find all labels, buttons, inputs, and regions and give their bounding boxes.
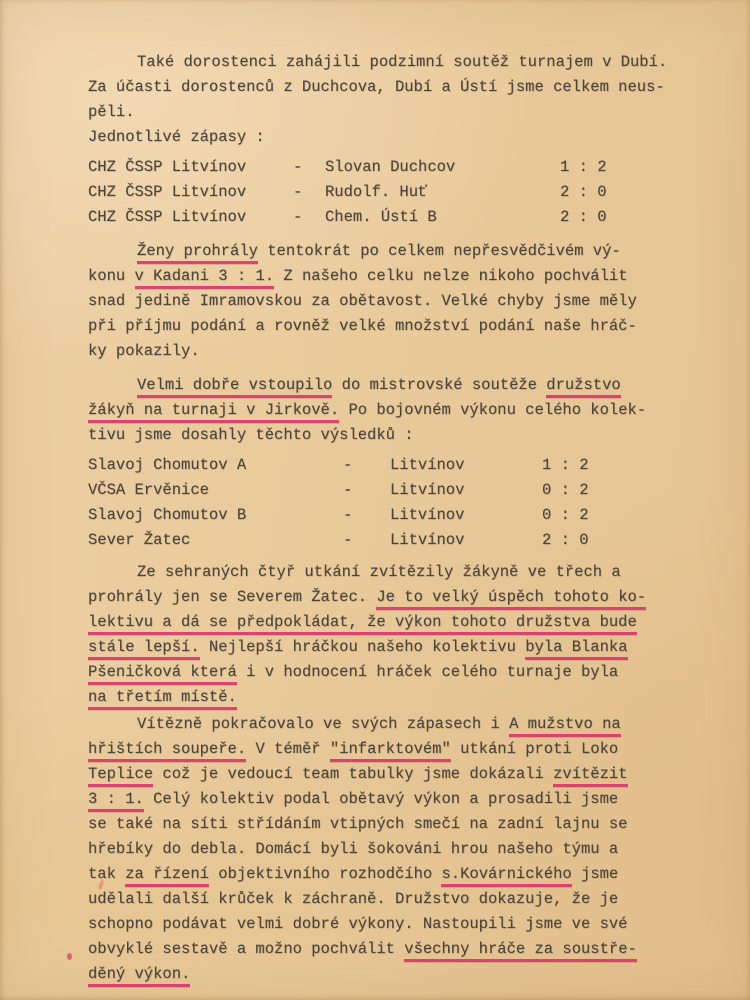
away-team: Rudolf. Huť — [325, 180, 560, 205]
text-segment: hřebíky do debla. Domácí byli šokováni h… — [88, 840, 618, 858]
away-team: Slovan Duchcov — [325, 155, 560, 180]
text-segment: Za účasti dorostenců z Duchcova, Dubí a … — [88, 78, 665, 96]
match-result-row: CHZ ČSSP Litvínov-Rudolf. Huť2 : 0 — [88, 180, 710, 205]
underlined-text: Ženy prohrály — [137, 242, 258, 264]
text-segment: se také na síti střídáním vtipných smečí… — [88, 815, 628, 833]
text-line: Vítězně pokračovalo ve svých zápasech i … — [88, 712, 710, 737]
underlined-text: lektivu a dá se předpokládat, že výkon t… — [88, 613, 637, 635]
text-line: konu v Kadani 3 : 1. Z našeho celku nelz… — [88, 264, 710, 289]
match-result-row: VČSA Ervěnice-Litvínov0 : 2 — [88, 478, 710, 503]
text-line: snad jedině Imramovskou za obětavost. Ve… — [88, 289, 710, 314]
text-segment: objektivního rozhodčího — [209, 865, 442, 883]
text-segment: V téměř — [246, 740, 330, 758]
underlined-text: 3 : 1. — [88, 790, 144, 812]
results-table-zakyne: Slavoj Chomutov A-Litvínov1 : 2VČSA Ervě… — [88, 453, 710, 553]
separator-dash: - — [293, 180, 325, 205]
text-segment: obvyklé sestavě a možno pochválit — [88, 940, 404, 958]
match-score: 2 : 0 — [542, 528, 710, 553]
text-segment: do mistrovské soutěže — [332, 376, 546, 394]
home-team: Slavoj Chomutov B — [88, 503, 343, 528]
underlined-text: "infarktovém" — [330, 740, 451, 762]
text-line: se také na síti střídáním vtipných smečí… — [88, 812, 710, 837]
text-line: Jednotlivé zápasy : — [88, 125, 710, 150]
text-line: lektivu a dá se předpokládat, že výkon t… — [88, 610, 710, 635]
text-segment: schopno podávat velmi dobré výkony. Nast… — [88, 915, 628, 933]
text-segment: což je vedoucí team tabulky jsme dokázal… — [153, 765, 553, 783]
text-line: udělali další krůček k záchraně. Družstv… — [88, 887, 710, 912]
text-segment: Ze sehraných čtyř utkání zvítězily žákyn… — [137, 563, 621, 581]
match-result-row: Slavoj Chomutov B-Litvínov0 : 2 — [88, 503, 710, 528]
text-line: na třetím místě. — [88, 685, 710, 710]
text-line: žákyň na turnaji v Jirkově. Po bojovném … — [88, 398, 710, 423]
text-segment: jsme — [572, 865, 619, 883]
text-line: Za účasti dorostenců z Duchcova, Dubí a … — [88, 75, 710, 100]
underlined-text: žákyň na turnaji v Jirkově. — [88, 401, 339, 423]
underlined-text: zvítězit — [553, 765, 627, 787]
text-line: Teplice což je vedoucí team tabulky jsme… — [88, 762, 710, 787]
text-line: ky pokazily. — [88, 339, 710, 364]
away-team: Litvínov — [390, 453, 542, 478]
match-score: 1 : 2 — [560, 155, 710, 180]
text-line: obvyklé sestavě a možno pochválit všechn… — [88, 937, 710, 962]
underlined-text: Pšeničková která — [88, 663, 237, 685]
underlined-text: s.Kovárnického — [441, 865, 571, 887]
document-body: Také dorostenci zahájili podzimní soutěž… — [0, 0, 750, 987]
match-result-row: CHZ ČSSP Litvínov-Slovan Duchcov1 : 2 — [88, 155, 710, 180]
match-score: 0 : 2 — [542, 478, 710, 503]
underlined-text: Velmi dobře vstoupilo — [137, 376, 332, 398]
home-team: Sever Žatec — [88, 528, 343, 553]
text-segment: Celý kolektiv podal obětavý výkon a pros… — [144, 790, 618, 808]
separator-dash: - — [343, 528, 390, 553]
red-ink-speck — [67, 953, 72, 960]
match-result-row: CHZ ČSSP Litvínov-Chem. Ústí B2 : 0 — [88, 205, 710, 230]
text-line: hřebíky do debla. Domácí byli šokováni h… — [88, 837, 710, 862]
text-segment: i v hodnocení hráček celého turnaje byla — [237, 663, 618, 681]
underlined-text: A mužstvo na — [509, 715, 621, 737]
home-team: CHZ ČSSP Litvínov — [88, 205, 293, 230]
match-result-row: Slavoj Chomutov A-Litvínov1 : 2 — [88, 453, 710, 478]
underlined-text: byla Blanka — [525, 638, 627, 660]
match-result-row: Sever Žatec-Litvínov2 : 0 — [88, 528, 710, 553]
underlined-text: Teplice — [88, 765, 153, 787]
text-segment: ky pokazily. — [88, 342, 200, 360]
text-line: Ze sehraných čtyř utkání zvítězily žákyn… — [88, 560, 710, 585]
text-line: tivu jsme dosahly těchto výsledků : — [88, 423, 710, 448]
text-segment: Vítězně pokračovalo ve svých zápasech i — [137, 715, 509, 733]
text-segment: Z našeho celku nelze nikoho pochválit — [274, 267, 627, 285]
match-score: 2 : 0 — [560, 180, 710, 205]
underlined-text: všechny hráče za soustře- — [404, 940, 637, 962]
match-score: 1 : 2 — [542, 453, 710, 478]
text-segment: Také dorostenci zahájili podzimní soutěž… — [137, 53, 667, 71]
text-line: pěli. — [88, 100, 710, 125]
results-table-dorostenci: CHZ ČSSP Litvínov-Slovan Duchcov1 : 2CHZ… — [88, 155, 710, 230]
away-team: Litvínov — [390, 478, 542, 503]
match-score: 2 : 0 — [560, 205, 710, 230]
text-line: hřištích soupeře. V téměř "infarktovém" … — [88, 737, 710, 762]
underlined-text: stále lepší. — [88, 638, 200, 660]
underlined-text: za řízení — [125, 865, 209, 887]
paragraph-zakyne-hodnoceni: Ze sehraných čtyř utkání zvítězily žákyn… — [88, 560, 710, 710]
separator-dash: - — [343, 503, 390, 528]
text-segment: utkání proti Loko — [451, 740, 618, 758]
text-line: tak za řízení objektivního rozhodčího s.… — [88, 862, 710, 887]
text-segment: tentokrát po celkem nepřesvědčivém vý- — [258, 242, 621, 260]
underlined-text: Je to velký úspěch tohoto ko- — [376, 588, 646, 610]
scanned-typewritten-page: Také dorostenci zahájili podzimní soutěž… — [0, 0, 750, 1000]
paragraph-zeny: Ženy prohrály tentokrát po celkem nepřes… — [88, 239, 710, 364]
text-segment: prohrály jen se Severem Žatec. — [88, 588, 376, 606]
separator-dash: - — [293, 155, 325, 180]
match-score: 0 : 2 — [542, 503, 710, 528]
text-segment: při příjmu podání a rovněž velké množstv… — [88, 317, 637, 335]
away-team: Litvínov — [390, 528, 542, 553]
text-line: Velmi dobře vstoupilo do mistrovské sout… — [88, 373, 710, 398]
text-line: stále lepší. Nejlepší hráčkou našeho kol… — [88, 635, 710, 660]
text-line: Také dorostenci zahájili podzimní soutěž… — [88, 50, 710, 75]
home-team: CHZ ČSSP Litvínov — [88, 180, 293, 205]
underlined-text: v Kadani 3 : 1. — [135, 267, 275, 289]
text-line: schopno podávat velmi dobré výkony. Nast… — [88, 912, 710, 937]
separator-dash: - — [343, 453, 390, 478]
text-line: Ženy prohrály tentokrát po celkem nepřes… — [88, 239, 710, 264]
separator-dash: - — [293, 205, 325, 230]
paragraph-zakyne-uvod: Velmi dobře vstoupilo do mistrovské sout… — [88, 373, 710, 448]
paragraph-a-muzstvo: Vítězně pokračovalo ve svých zápasech i … — [88, 712, 710, 987]
underlined-text: na třetím místě. — [88, 688, 237, 710]
text-line: děný výkon. — [88, 962, 710, 987]
text-segment: snad jedině Imramovskou za obětavost. Ve… — [88, 292, 637, 310]
text-segment: tak — [88, 865, 125, 883]
text-line: Pšeničková která i v hodnocení hráček ce… — [88, 660, 710, 685]
away-team: Chem. Ústí B — [325, 205, 560, 230]
underlined-text: děný výkon. — [88, 965, 190, 987]
text-segment: konu — [88, 267, 135, 285]
underlined-text: hřištích soupeře. — [88, 740, 246, 762]
text-segment: Po bojovném výkonu celého kolek- — [339, 401, 646, 419]
separator-dash: - — [343, 478, 390, 503]
underlined-text: družstvo — [546, 376, 620, 398]
home-team: VČSA Ervěnice — [88, 478, 343, 503]
text-segment: pěli. — [88, 103, 135, 121]
text-segment: Jednotlivé zápasy : — [88, 128, 265, 146]
home-team: Slavoj Chomutov A — [88, 453, 343, 478]
text-line: 3 : 1. Celý kolektiv podal obětavý výkon… — [88, 787, 710, 812]
away-team: Litvínov — [390, 503, 542, 528]
text-segment: Nejlepší hráčkou našeho kolektivu — [200, 638, 526, 656]
home-team: CHZ ČSSP Litvínov — [88, 155, 293, 180]
text-segment: tivu jsme dosahly těchto výsledků : — [88, 426, 414, 444]
text-segment: udělali další krůček k záchraně. Družstv… — [88, 890, 618, 908]
text-line: prohrály jen se Severem Žatec. Je to vel… — [88, 585, 710, 610]
paragraph-dorostenci: Také dorostenci zahájili podzimní soutěž… — [88, 50, 710, 150]
text-line: při příjmu podání a rovněž velké množstv… — [88, 314, 710, 339]
